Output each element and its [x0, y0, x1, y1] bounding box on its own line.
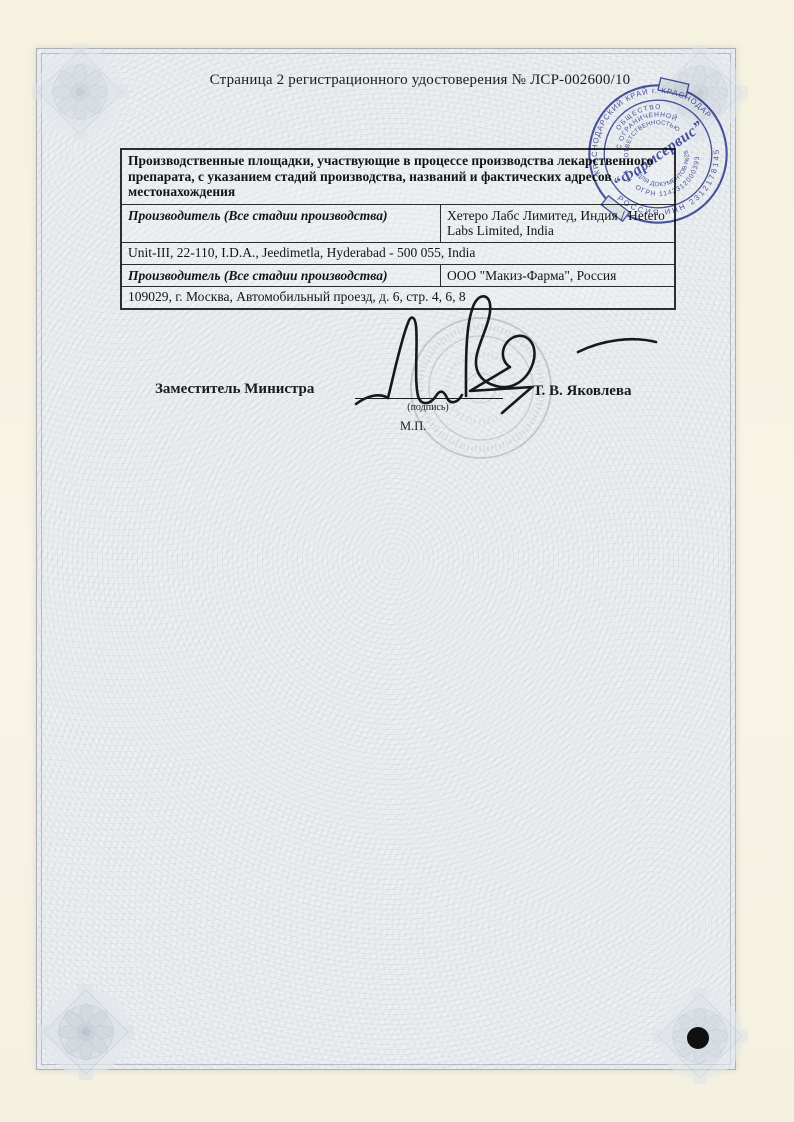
corner-rosette-icon — [32, 44, 128, 140]
signatory-title: Заместитель Министра — [155, 381, 314, 398]
corner-rosette-icon — [38, 984, 134, 1080]
table-row: Производитель (Все стадии производства) … — [122, 265, 674, 288]
hole-punch-dot — [687, 1027, 709, 1049]
manufacturer-value-cell: ООО "Макиз-Фарма", Россия — [441, 265, 674, 287]
scanned-certificate-page: { "page": { "header": "Страница 2 регист… — [0, 0, 794, 1122]
manufacturer-label-cell: Производитель (Все стадии производства) — [122, 265, 441, 287]
handwritten-signature-icon — [350, 292, 670, 424]
company-ink-stamp: КРАСНОДАРСКИЙ КРАЙ г. КРАСНОДАР РОССИЯ И… — [562, 58, 754, 250]
manufacturer-label-cell: Производитель (Все стадии производства) — [122, 205, 441, 242]
